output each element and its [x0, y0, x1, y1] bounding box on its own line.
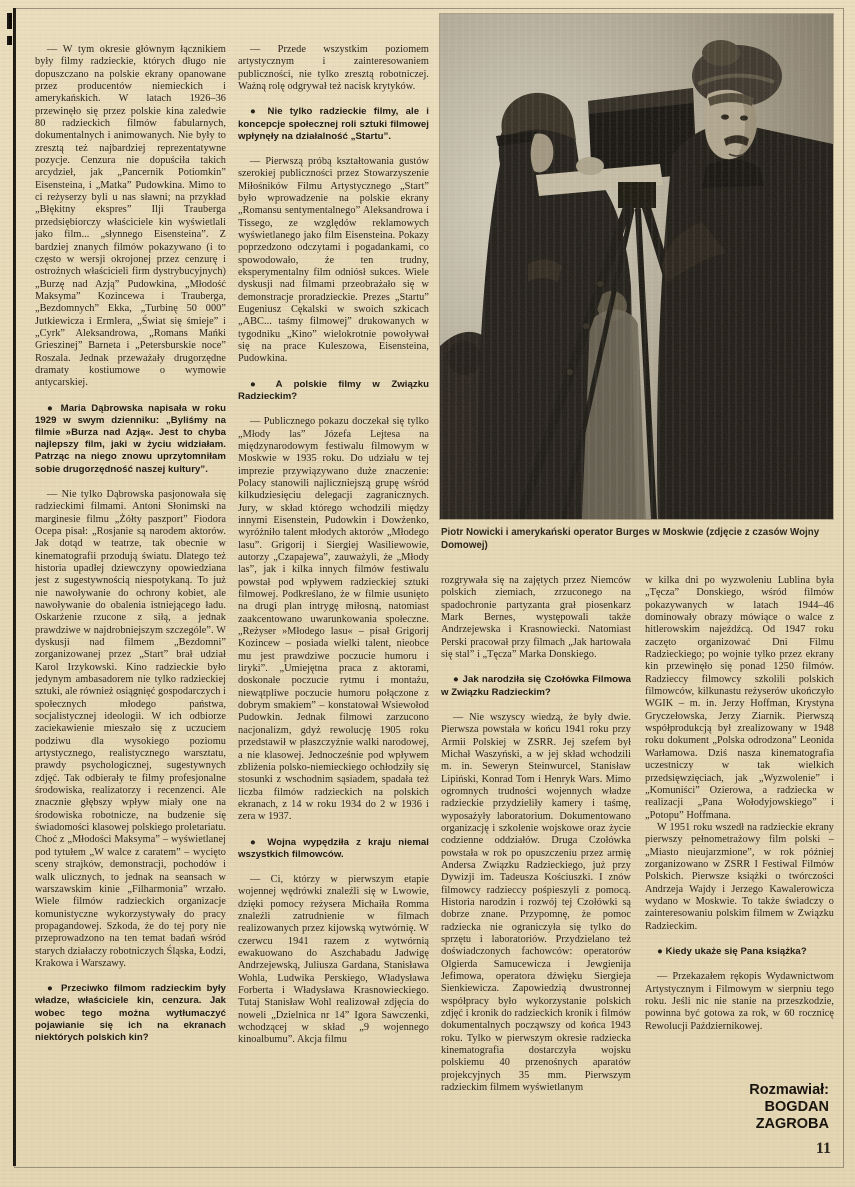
interview-answer: — Publicznego pokazu doczekał się tylko … — [238, 416, 429, 823]
text-column-1: — W tym okresie głównym łącznikiem były … — [35, 44, 226, 1148]
text-column-2: — Przede wszystkim poziomem artystycznym… — [238, 44, 429, 1158]
byline-name-line: ZAGROBA — [645, 1116, 829, 1133]
interview-answer: — Ci, którzy w pierwszym etapie wojennej… — [238, 874, 429, 1047]
archival-photo — [440, 14, 833, 519]
interview-answer: rozgrywała się na zajętych przez Niemców… — [441, 575, 631, 661]
photo-caption: Piotr Nowicki i amerykański operator Bur… — [441, 527, 833, 552]
sepia-overlay — [440, 14, 833, 519]
registration-mark — [7, 13, 12, 29]
text-column-4: w kilka dni po wyzwoleniu Lublina była „… — [645, 575, 834, 1077]
magazine-page: — W tym okresie głównym łącznikiem były … — [0, 0, 855, 1187]
interview-answer: — Pierwszą próbą kształtowania gustów sz… — [238, 156, 429, 366]
interview-answer: W 1951 roku wszedł na radzieckie ekrany … — [645, 822, 834, 933]
interview-question: ● Jak narodziła się Czołówka Filmowa w Z… — [441, 674, 631, 698]
photo-illustration — [440, 14, 833, 519]
interview-answer: — Nie tylko Dąbrowska pasjonowała się ra… — [35, 489, 226, 970]
interview-question: ● Kiedy ukaże się Pana książka? — [645, 946, 834, 958]
registration-mark — [7, 36, 12, 45]
interview-answer: — Przekazałem rękopis Wydawnictwom Artys… — [645, 971, 834, 1033]
interview-answer: — W tym okresie głównym łącznikiem były … — [35, 44, 226, 390]
interview-question: ● Przeciwko filmom radzieckim były władz… — [35, 983, 226, 1044]
byline: Rozmawiał: BOGDAN ZAGROBA — [645, 1082, 829, 1133]
interview-question: ● Wojna wypędziła z kraju niemal wszystk… — [238, 837, 429, 861]
page-number: 11 — [645, 1140, 831, 1158]
byline-label: Rozmawiał: — [645, 1082, 829, 1099]
interview-question: ● A polskie filmy w Związku Radzieckim? — [238, 379, 429, 403]
interview-question: ● Maria Dąbrowska napisała w roku 1929 w… — [35, 403, 226, 476]
interview-question: ● Nie tylko radzieckie filmy, ale i konc… — [238, 106, 429, 143]
left-rule — [13, 8, 16, 1166]
interview-answer: — Przede wszystkim poziomem artystycznym… — [238, 44, 429, 93]
interview-answer: w kilka dni po wyzwoleniu Lublina była „… — [645, 575, 834, 822]
interview-answer: — Nie wszyscy wiedzą, że były dwie. Pier… — [441, 712, 631, 1095]
byline-name-line: BOGDAN — [645, 1099, 829, 1116]
text-column-3: rozgrywała się na zajętych przez Niemców… — [441, 575, 631, 1175]
